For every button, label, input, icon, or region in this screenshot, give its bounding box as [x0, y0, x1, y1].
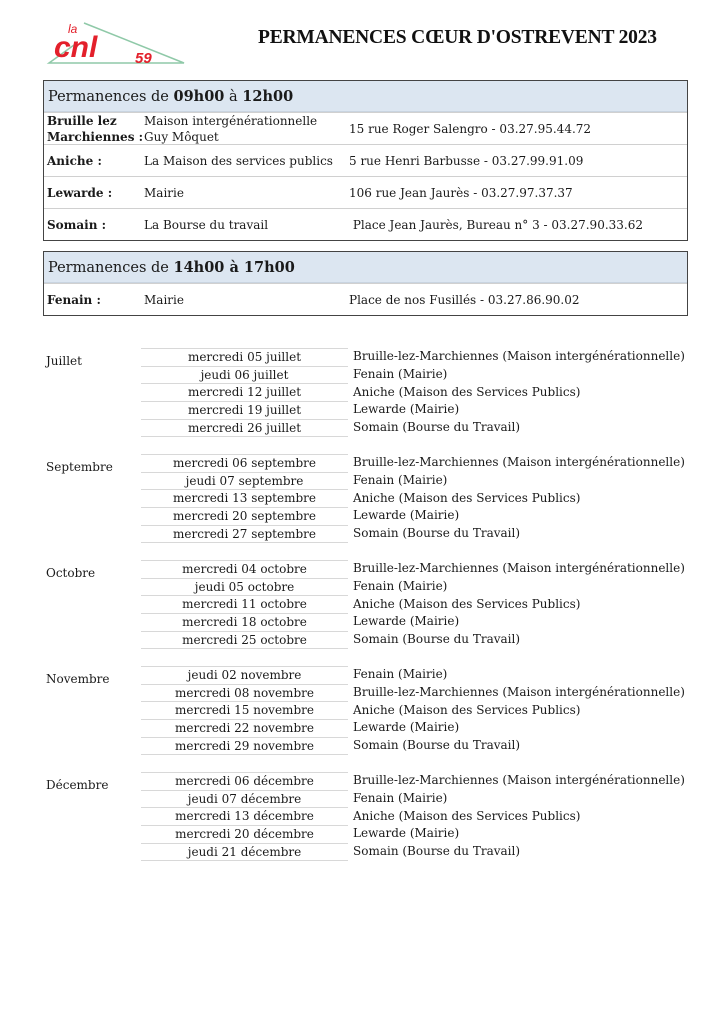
calendar-entry: mercredi 04 octobreBruille-lez-Marchienn… — [141, 560, 685, 578]
entry-place: Aniche (Maison des Services Publics) — [348, 490, 580, 507]
calendar-entry: jeudi 06 juilletFenain (Mairie) — [141, 366, 685, 384]
entry-date: mercredi 20 septembre — [141, 507, 348, 525]
entry-date: mercredi 27 septembre — [141, 525, 348, 543]
calendar-entry: jeudi 07 septembreFenain (Mairie) — [141, 472, 685, 490]
entry-date: mercredi 06 décembre — [141, 772, 348, 790]
entry-place: Lewarde (Mairie) — [348, 719, 459, 736]
entry-place: Lewarde (Mairie) — [348, 613, 459, 630]
entry-place: Bruille-lez-Marchiennes (Maison intergén… — [348, 560, 685, 577]
calendar-entry: mercredi 06 décembreBruille-lez-Marchien… — [141, 772, 685, 790]
calendar-entry: jeudi 07 décembreFenain (Mairie) — [141, 790, 685, 808]
entry-place: Bruille-lez-Marchiennes (Maison intergén… — [348, 684, 685, 701]
entry-date: mercredi 13 septembre — [141, 489, 348, 507]
table-row: Somain : La Bourse du travail Place Jean… — [44, 208, 687, 240]
calendar-entry: mercredi 11 octobreAniche (Maison des Se… — [141, 595, 685, 613]
entry-date: jeudi 05 octobre — [141, 578, 348, 596]
afternoon-heading: Permanences de 14h00 à 17h00 — [44, 252, 687, 283]
entry-date: mercredi 08 novembre — [141, 684, 348, 702]
calendar-entry: mercredi 15 novembreAniche (Maison des S… — [141, 701, 685, 719]
entry-date: mercredi 22 novembre — [141, 719, 348, 737]
entry-place: Aniche (Maison des Services Publics) — [348, 702, 580, 719]
calendar-entry: mercredi 19 juilletLewarde (Mairie) — [141, 401, 685, 419]
calendar-entry: mercredi 13 décembreAniche (Maison des S… — [141, 807, 685, 825]
calendar-entry: mercredi 26 juilletSomain (Bourse du Tra… — [141, 419, 685, 437]
entry-date: mercredi 12 juillet — [141, 383, 348, 401]
svg-text:cnl: cnl — [54, 31, 98, 64]
entry-date: mercredi 26 juillet — [141, 419, 348, 437]
entry-date: mercredi 25 octobre — [141, 631, 348, 649]
calendar-entry: jeudi 21 décembreSomain (Bourse du Trava… — [141, 843, 685, 861]
cnl59-logo: la cnl 59 — [44, 20, 189, 68]
month-label: Décembre — [46, 778, 108, 792]
entry-place: Fenain (Mairie) — [348, 666, 447, 683]
entry-place: Fenain (Mairie) — [348, 578, 447, 595]
entry-date: mercredi 04 octobre — [141, 560, 348, 578]
calendar-entry: mercredi 22 novembreLewarde (Mairie) — [141, 719, 685, 737]
entry-place: Lewarde (Mairie) — [348, 507, 459, 524]
calendar-entry: mercredi 08 novembreBruille-lez-Marchien… — [141, 684, 685, 702]
morning-schedule-table: Permanences de 09h00 à 12h00 Bruille lez… — [43, 80, 688, 241]
entry-date: jeudi 02 novembre — [141, 666, 348, 684]
entry-place: Aniche (Maison des Services Publics) — [348, 596, 580, 613]
entry-place: Somain (Bourse du Travail) — [348, 737, 520, 754]
entry-place: Bruille-lez-Marchiennes (Maison intergén… — [348, 454, 685, 471]
entry-date: mercredi 20 décembre — [141, 825, 348, 843]
entry-place: Aniche (Maison des Services Publics) — [348, 808, 580, 825]
calendar-entry: mercredi 20 décembreLewarde (Mairie) — [141, 825, 685, 843]
entry-place: Somain (Bourse du Travail) — [348, 525, 520, 542]
month-label: Octobre — [46, 566, 95, 580]
entry-date: jeudi 06 juillet — [141, 366, 348, 384]
table-row: Lewarde : Mairie 106 rue Jean Jaurès - 0… — [44, 176, 687, 208]
calendar-entry: jeudi 02 novembreFenain (Mairie) — [141, 666, 685, 684]
month-label: Novembre — [46, 672, 110, 686]
entry-date: jeudi 21 décembre — [141, 843, 348, 861]
entry-place: Aniche (Maison des Services Publics) — [348, 384, 580, 401]
table-row: Fenain : Mairie Place de nos Fusillés - … — [44, 283, 687, 315]
calendar-entry: mercredi 29 novembreSomain (Bourse du Tr… — [141, 737, 685, 755]
calendar-entry: mercredi 13 septembreAniche (Maison des … — [141, 489, 685, 507]
page-title: PERMANENCES CŒUR D'OSTREVENT 2023 — [258, 27, 657, 49]
entry-place: Somain (Bourse du Travail) — [348, 631, 520, 648]
calendar-entry: mercredi 27 septembreSomain (Bourse du T… — [141, 525, 685, 543]
entry-place: Lewarde (Mairie) — [348, 401, 459, 418]
entry-date: mercredi 29 novembre — [141, 737, 348, 755]
entry-date: mercredi 06 septembre — [141, 454, 348, 472]
entry-date: mercredi 11 octobre — [141, 595, 348, 613]
morning-heading: Permanences de 09h00 à 12h00 — [44, 81, 687, 112]
calendar-entry: mercredi 25 octobreSomain (Bourse du Tra… — [141, 631, 685, 649]
calendar-entry: mercredi 12 juilletAniche (Maison des Se… — [141, 383, 685, 401]
table-row: Aniche : La Maison des services publics … — [44, 144, 687, 176]
entry-date: jeudi 07 septembre — [141, 472, 348, 490]
entry-date: mercredi 15 novembre — [141, 701, 348, 719]
entry-place: Somain (Bourse du Travail) — [348, 419, 520, 436]
entry-place: Fenain (Mairie) — [348, 790, 447, 807]
table-row: Bruille lezMarchiennes : Maison intergén… — [44, 112, 687, 144]
entry-date: mercredi 18 octobre — [141, 613, 348, 631]
calendar-entry: jeudi 05 octobreFenain (Mairie) — [141, 578, 685, 596]
calendar-entry: mercredi 18 octobreLewarde (Mairie) — [141, 613, 685, 631]
svg-text:59: 59 — [135, 50, 152, 67]
calendar-entry: mercredi 05 juilletBruille-lez-Marchienn… — [141, 348, 685, 366]
entry-date: mercredi 05 juillet — [141, 348, 348, 366]
calendar-entry: mercredi 20 septembreLewarde (Mairie) — [141, 507, 685, 525]
calendar-entry: mercredi 06 septembreBruille-lez-Marchie… — [141, 454, 685, 472]
entry-date: mercredi 19 juillet — [141, 401, 348, 419]
entry-place: Fenain (Mairie) — [348, 366, 447, 383]
entry-place: Lewarde (Mairie) — [348, 825, 459, 842]
month-label: Septembre — [46, 460, 113, 474]
afternoon-schedule-table: Permanences de 14h00 à 17h00 Fenain : Ma… — [43, 251, 688, 316]
entry-place: Bruille-lez-Marchiennes (Maison intergén… — [348, 772, 685, 789]
entry-date: mercredi 13 décembre — [141, 807, 348, 825]
month-label: Juillet — [46, 354, 82, 368]
entry-place: Bruille-lez-Marchiennes (Maison intergén… — [348, 348, 685, 365]
entry-place: Fenain (Mairie) — [348, 472, 447, 489]
entry-place: Somain (Bourse du Travail) — [348, 843, 520, 860]
entry-date: jeudi 07 décembre — [141, 790, 348, 808]
